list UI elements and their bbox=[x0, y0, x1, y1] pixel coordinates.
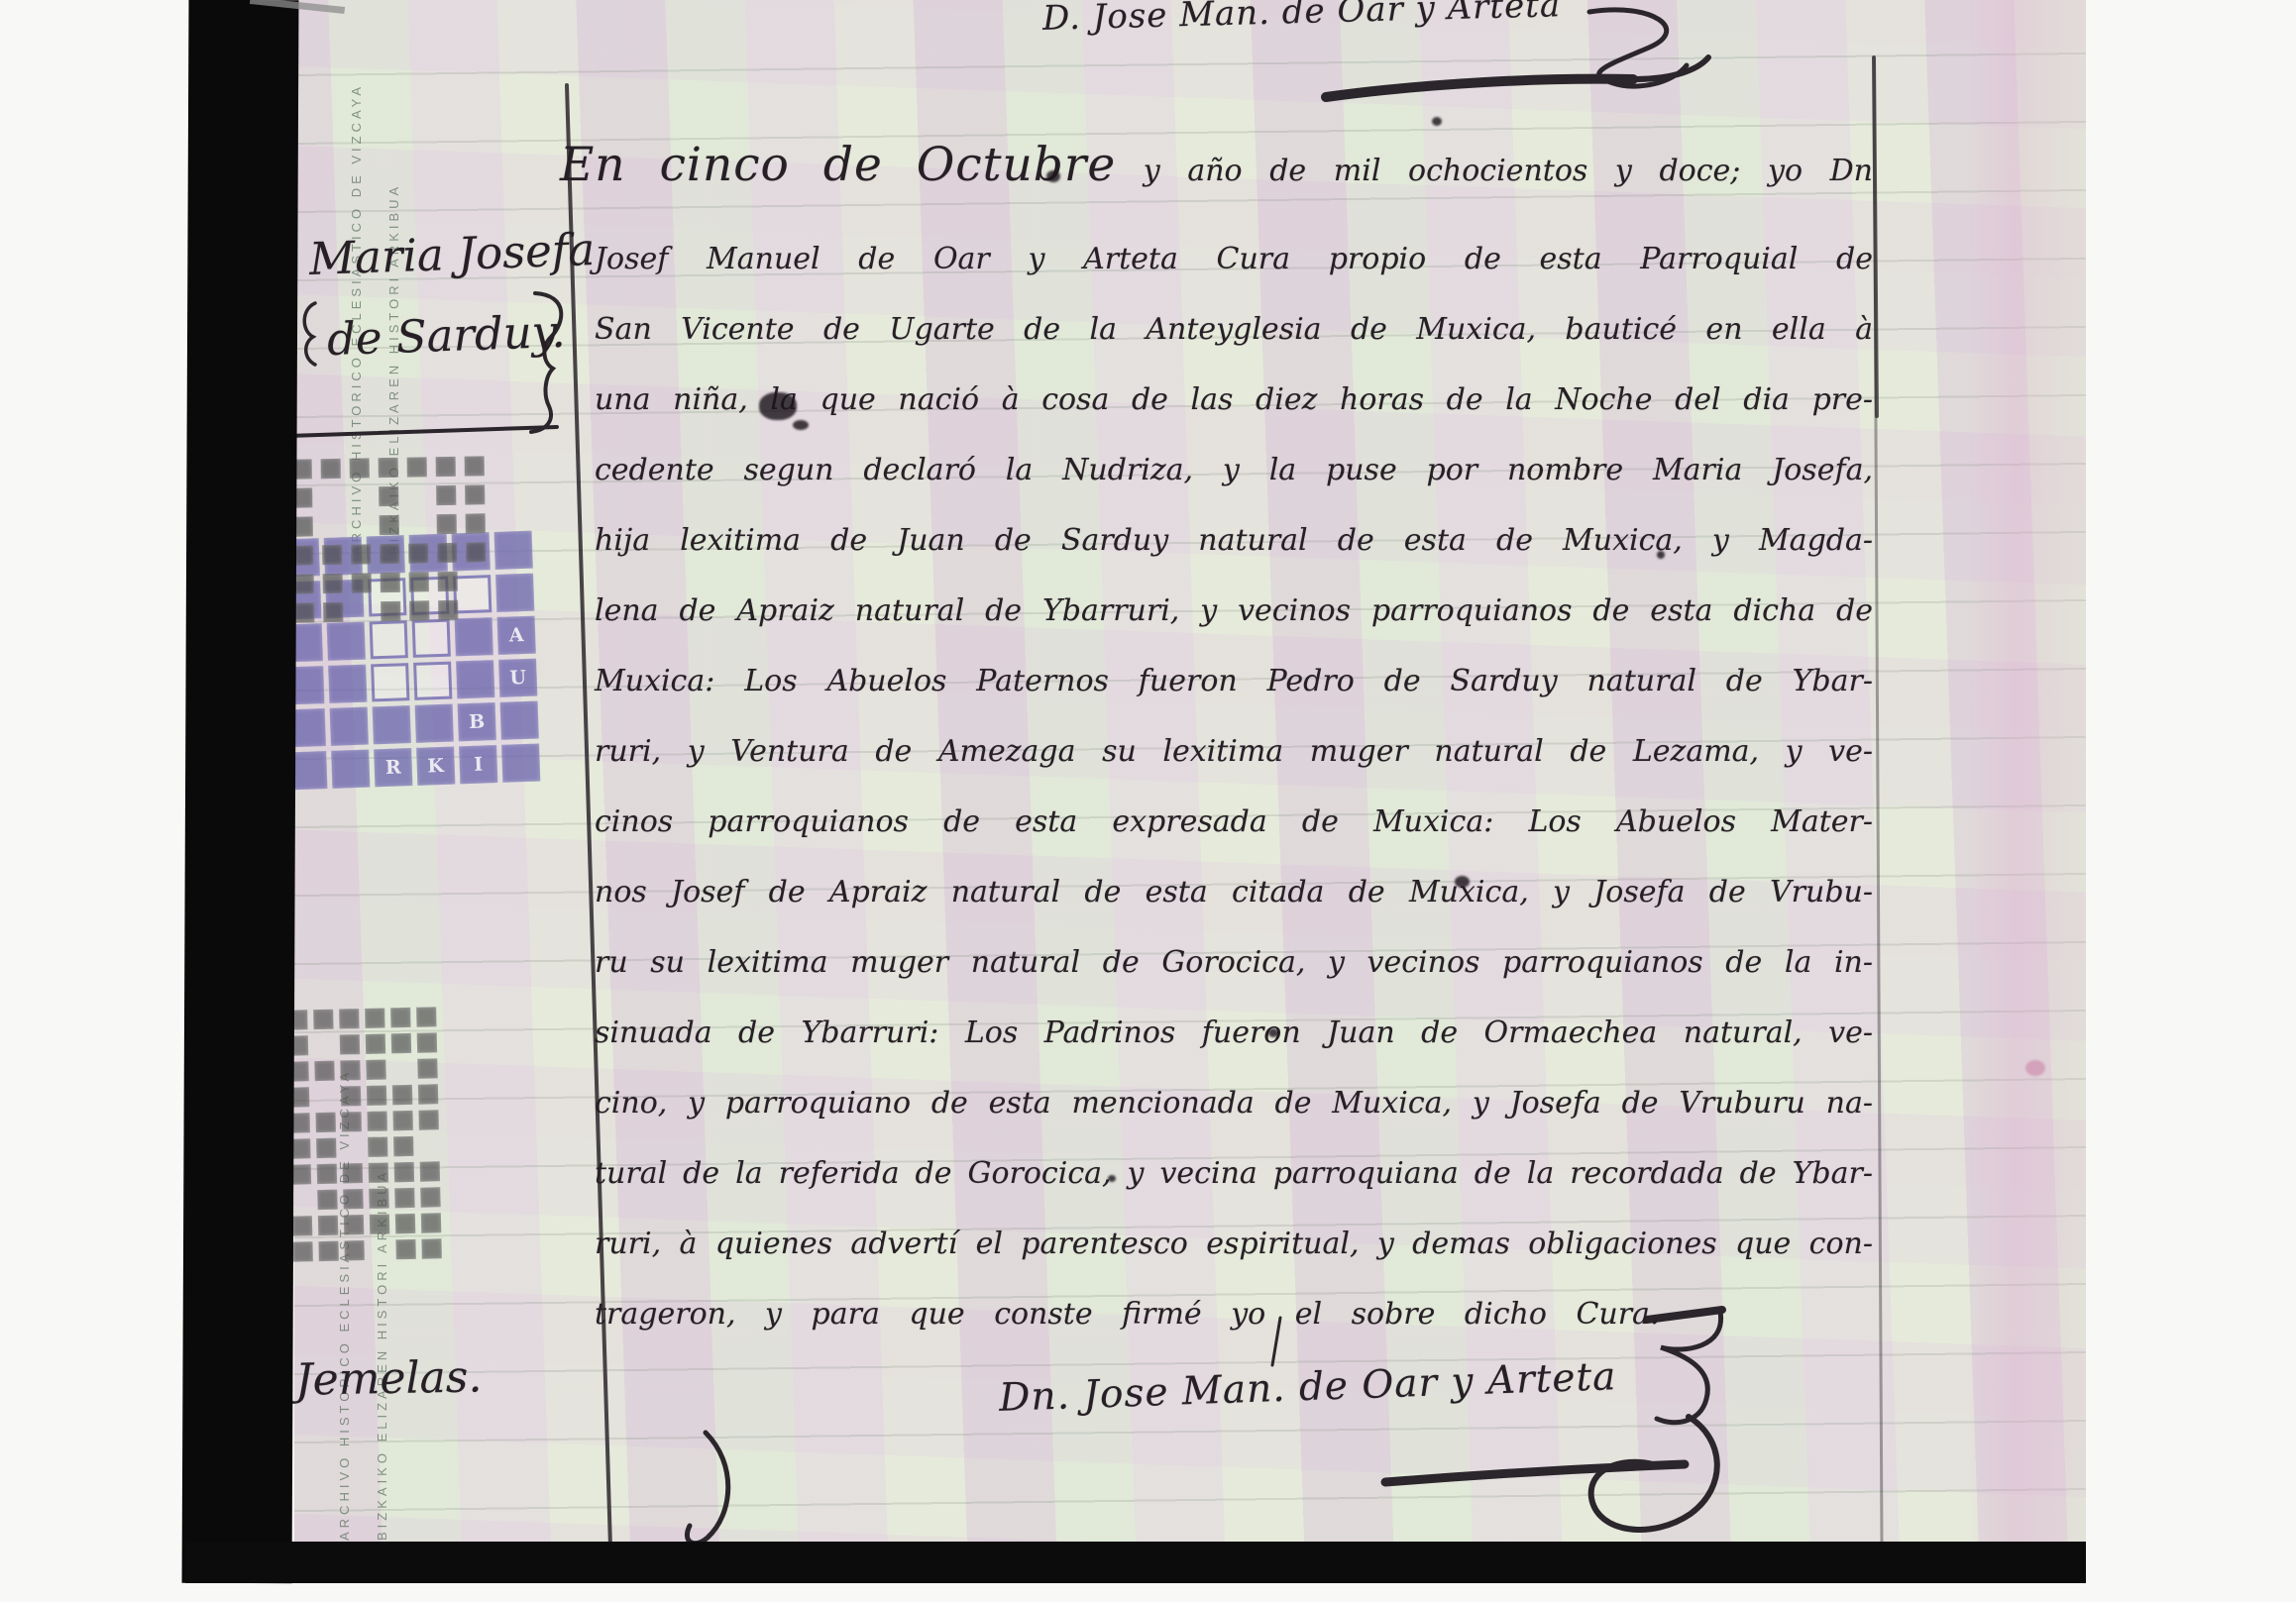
watermark-cell bbox=[381, 601, 400, 621]
watermark-cell bbox=[330, 707, 369, 746]
manuscript-opening-line: En cinco de Octubre y año de mil ochocie… bbox=[560, 142, 1873, 188]
watermark-cell bbox=[379, 458, 398, 478]
watermark-cell bbox=[436, 457, 456, 477]
opening-rest: y año de mil ochocientos y doce; yo Dn bbox=[1144, 154, 1873, 188]
watermark-cell bbox=[409, 600, 429, 620]
watermark-cell bbox=[331, 750, 370, 789]
watermark-cell: I bbox=[459, 745, 497, 784]
watermark-cell bbox=[437, 543, 457, 563]
watermark-cell bbox=[417, 1058, 437, 1078]
margin-entry-name-line2: de Sarduy. bbox=[326, 305, 566, 366]
watermark-cell: K bbox=[416, 747, 455, 786]
watermark-cell bbox=[339, 1009, 359, 1028]
watermark-cell bbox=[455, 617, 493, 656]
watermark-cell bbox=[343, 1189, 363, 1209]
manuscript-line: cinos parroquianos de esta expresada de … bbox=[595, 805, 1873, 840]
watermark-cell bbox=[344, 1215, 364, 1234]
watermark-cell bbox=[340, 1060, 360, 1080]
margin-twins-note: Jemelas. bbox=[295, 1351, 483, 1405]
watermark-cell bbox=[291, 1164, 311, 1184]
watermark-cell bbox=[323, 602, 343, 622]
watermark-cell bbox=[367, 1085, 386, 1105]
watermark-cell bbox=[318, 1241, 338, 1261]
watermark-cell bbox=[344, 1240, 364, 1260]
watermark-cell bbox=[323, 574, 343, 593]
watermark-cell bbox=[321, 459, 341, 479]
watermark-cell bbox=[392, 1111, 412, 1130]
watermark-cell bbox=[352, 573, 372, 592]
watermark-cell bbox=[408, 543, 428, 563]
opening-words: En cinco de Octubre bbox=[560, 138, 1116, 192]
watermark-cell bbox=[315, 1113, 335, 1132]
watermark-cell bbox=[412, 619, 451, 658]
watermark-grid-gray-top bbox=[292, 456, 488, 622]
watermark-cell bbox=[407, 457, 427, 477]
manuscript-line: San Vicente de Ugarte de la Anteyglesia … bbox=[595, 313, 1873, 348]
watermark-cell bbox=[365, 1009, 384, 1028]
manuscript-line: trageron, y para que conste firmé yo el … bbox=[595, 1298, 1873, 1333]
watermark-cell bbox=[418, 1084, 438, 1104]
watermark-cell bbox=[341, 1086, 361, 1106]
watermark-cell bbox=[465, 484, 485, 504]
watermark-cell bbox=[420, 1187, 440, 1207]
watermark-cell bbox=[366, 1034, 385, 1054]
watermark-cell bbox=[313, 1010, 333, 1029]
manuscript-line: Josef Manuel de Oar y Arteta Cura propio… bbox=[595, 243, 1873, 277]
watermark-cell bbox=[380, 515, 399, 535]
watermark-cell bbox=[366, 1059, 385, 1079]
watermark-cell bbox=[379, 486, 398, 506]
watermark-cell bbox=[318, 1216, 338, 1235]
manuscript-line: lena de Apraiz natural de Ybarruri, y ve… bbox=[595, 594, 1873, 629]
scan-edge-left-bar bbox=[182, 0, 299, 1583]
manuscript-line: hija lexitima de Juan de Sarduy natural … bbox=[595, 524, 1873, 559]
watermark-cell: U bbox=[498, 659, 537, 697]
watermark-cell bbox=[369, 1188, 388, 1208]
watermark-cell bbox=[393, 1136, 413, 1156]
manuscript-line: cino, y parroquiano de esta mencionada d… bbox=[595, 1087, 1873, 1121]
watermark-cell bbox=[317, 1164, 337, 1184]
watermark-cell bbox=[438, 572, 458, 591]
watermark-cell bbox=[316, 1138, 336, 1158]
watermark-cell bbox=[294, 574, 314, 593]
watermark-cell bbox=[368, 1136, 387, 1156]
watermark-cell bbox=[369, 1162, 388, 1182]
watermark-cell: R bbox=[374, 748, 412, 787]
watermark-cell bbox=[456, 660, 494, 698]
watermark-cell bbox=[317, 1190, 337, 1210]
watermark-cell bbox=[438, 600, 458, 620]
watermark-cell bbox=[495, 574, 534, 612]
watermark-cell bbox=[294, 602, 314, 622]
scanned-baptismal-record: ARCHIVO HISTORICO ECLESIASTICO DE VIZCAY… bbox=[0, 0, 2296, 1602]
watermark-cell bbox=[416, 1007, 436, 1026]
watermark-cell bbox=[390, 1008, 410, 1027]
manuscript-line: tural de la referida de Gorocica, y veci… bbox=[595, 1157, 1873, 1192]
watermark-cell bbox=[293, 545, 313, 565]
margin-entry-name-line1: Maria Josefa bbox=[308, 223, 596, 285]
watermark-cell bbox=[327, 622, 366, 661]
watermark-cell: A bbox=[497, 616, 536, 655]
watermark-cell bbox=[394, 1188, 414, 1208]
manuscript-line: ru su lexitima muger natural de Gorocica… bbox=[595, 946, 1873, 981]
watermark-cell bbox=[394, 1162, 414, 1182]
watermark-cell bbox=[418, 1110, 438, 1129]
watermark-cell bbox=[437, 514, 457, 534]
watermark-cell bbox=[415, 704, 454, 743]
watermark-cell bbox=[381, 573, 400, 592]
watermark-cell bbox=[392, 1085, 412, 1105]
watermark-cell bbox=[420, 1161, 440, 1181]
watermark-cell bbox=[328, 665, 367, 703]
watermark-cell: B bbox=[458, 702, 496, 741]
watermark-cell bbox=[395, 1214, 415, 1233]
watermark-cell bbox=[314, 1061, 334, 1081]
watermark-cell bbox=[413, 662, 452, 700]
watermark-cell bbox=[465, 456, 485, 476]
watermark-cell bbox=[340, 1034, 360, 1054]
watermark-cell bbox=[494, 531, 533, 570]
watermark-cell bbox=[380, 544, 399, 564]
watermark-cell bbox=[417, 1032, 437, 1052]
watermark-cell bbox=[466, 542, 486, 562]
watermark-cell bbox=[351, 544, 371, 564]
watermark-cell bbox=[370, 620, 408, 659]
watermark-cell bbox=[409, 572, 429, 591]
manuscript-line: nos Josef de Apraiz natural de esta cita… bbox=[595, 876, 1873, 910]
scan-edge-bottom-bar bbox=[185, 1542, 2086, 1583]
manuscript-line: cedente segun declaró la Nudriza, y la p… bbox=[595, 454, 1873, 488]
watermark-cell bbox=[466, 513, 486, 533]
watermark-cell bbox=[370, 1214, 389, 1233]
watermark-cell bbox=[395, 1239, 415, 1259]
manuscript-line: Muxica: Los Abuelos Paternos fueron Pedr… bbox=[595, 665, 1873, 699]
watermark-cell bbox=[436, 485, 456, 505]
watermark-cell bbox=[500, 701, 539, 740]
manuscript-line: sinuada de Ybarruri: Los Padrinos fueron… bbox=[595, 1016, 1873, 1051]
watermark-cell bbox=[322, 545, 342, 565]
watermark-cell bbox=[373, 705, 411, 744]
watermark-grid-gray-bottom bbox=[287, 1007, 442, 1261]
manuscript-line: ruri, à quienes advertí el parentesco es… bbox=[595, 1228, 1873, 1262]
right-margin-tint bbox=[1967, 0, 2086, 1583]
manuscript-line: ruri, y Ventura de Amezaga su lexitima m… bbox=[595, 735, 1873, 770]
watermark-cell bbox=[391, 1033, 411, 1053]
watermark-cell bbox=[371, 663, 409, 701]
watermark-cell bbox=[421, 1238, 441, 1258]
watermark-cell bbox=[343, 1163, 363, 1183]
watermark-cell bbox=[367, 1111, 386, 1130]
watermark-cell bbox=[350, 458, 370, 478]
watermark-cell bbox=[292, 1216, 312, 1235]
watermark-cell bbox=[341, 1112, 361, 1131]
watermark-cell bbox=[501, 744, 540, 783]
watermark-cell bbox=[292, 1241, 312, 1261]
watermark-cell bbox=[421, 1213, 441, 1232]
